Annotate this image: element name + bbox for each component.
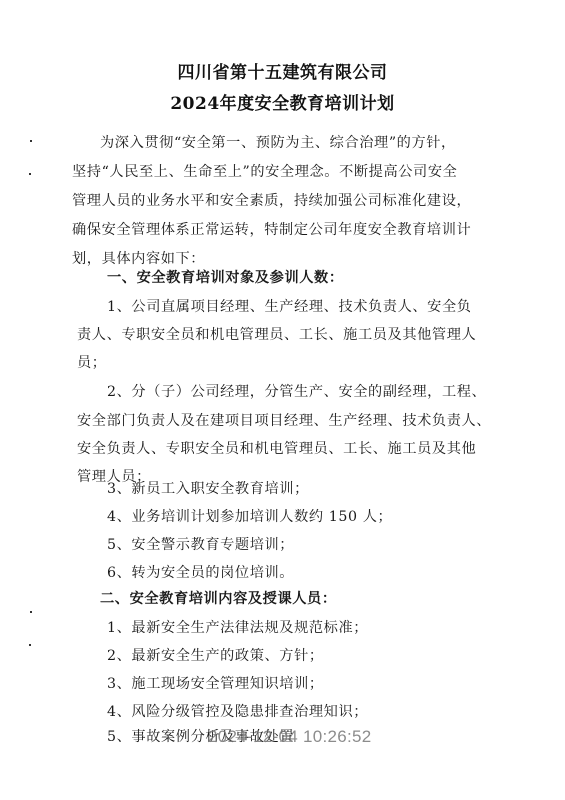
section2-item4: 4、风险分级管控及隐患排查治理知识；: [107, 701, 368, 721]
section2-item2: 2、最新安全生产的政策、方针；: [107, 645, 324, 665]
section1-item1-line: 责人、专职安全员和机电管理员、工长、施工员及其他管理人: [77, 324, 476, 344]
section1-item4: 4、业务培训计划参加培训人数约 150 人；: [107, 506, 392, 526]
intro-line: 管理人员的业务水平和安全素质，持续加强公司标准化建设，: [72, 190, 471, 210]
margin-mark: [29, 644, 31, 646]
section1-item5: 5、安全警示教育专题培训；: [107, 534, 294, 554]
timestamp-watermark: 2024-12-04 10:26:52: [208, 727, 372, 747]
section1-item1-line: 员；: [77, 352, 107, 372]
intro-line: 划，具体内容如下：: [72, 248, 205, 268]
section2-item3: 3、施工现场安全管理知识培训；: [107, 673, 324, 693]
section1-heading: 一、安全教育培训对象及参训人数：: [107, 267, 344, 287]
margin-mark: [30, 140, 32, 142]
intro-line: 确保安全管理体系正常运转，特制定公司年度安全教育培训计: [72, 219, 471, 239]
section1-item2-line: 安全部门负责人及在建项目项目经理、生产经理、技术负责人、: [77, 410, 491, 430]
margin-mark: [30, 611, 32, 613]
document-title-plan: 2024年度安全教育培训计划: [0, 89, 565, 114]
document-title-company: 四川省第十五建筑有限公司: [0, 58, 565, 83]
section2-heading: 二、安全教育培训内容及授课人员：: [100, 588, 337, 608]
intro-line: 坚持“人民至上、生命至上”的安全理念。不断提高公司安全: [72, 161, 457, 181]
section1-item2-line: 2、分（子）公司经理，分管生产、安全的副经理，工程、: [107, 381, 486, 401]
section1-item1-line: 1、公司直属项目经理、生产经理、技术负责人、安全负: [107, 296, 472, 316]
section1-item3: 3、新员工入职安全教育培训；: [107, 478, 309, 498]
document-page: 四川省第十五建筑有限公司 2024年度安全教育培训计划 为深入贯彻“安全第一、预…: [0, 0, 565, 800]
section1-item6: 6、转为安全员的岗位培训。: [107, 562, 294, 582]
margin-mark: [29, 173, 31, 175]
section1-item2-line: 安全负责人、专职安全员和机电管理员、工长、施工员及其他: [77, 438, 476, 458]
intro-line: 为深入贯彻“安全第一、预防为主、综合治理”的方针，: [100, 132, 456, 152]
section2-item1: 1、最新安全生产法律法规及规范标准；: [107, 617, 368, 637]
